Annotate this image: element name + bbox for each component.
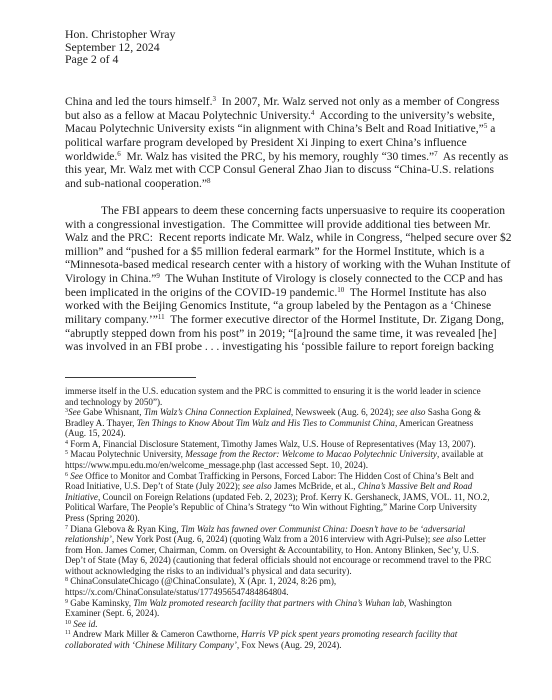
body-line: “abruptly stepped down from his post” in…	[65, 328, 489, 342]
text-run: Ten Things to Know About Tim Walz and Hi…	[137, 418, 395, 428]
text-run: The Wuhan Institute of Virology is close…	[160, 273, 503, 285]
text-run: Virology in China.”	[65, 273, 156, 285]
footnote-6: 6 See Office to Monitor and Combat Traff…	[65, 471, 485, 524]
footnote-3: 3See Gabe Whisnant, Tim Walz’s China Con…	[65, 407, 485, 439]
text-line: immerse itself in the U.S. education sys…	[65, 386, 485, 397]
text-run: was involved in an FBI probe . . . inves…	[65, 341, 494, 353]
text-run: worked with the Beijing Genomics Institu…	[65, 300, 491, 312]
text-run: million” and “pushed for a $5 million fe…	[65, 246, 484, 258]
body-line: China and led the tours himself.3 In 200…	[65, 96, 489, 110]
footnote-url: https://x.com/ChinaConsulate/status/1774…	[65, 587, 485, 598]
text-run: See	[68, 471, 83, 481]
page-number: Page 2 of 4	[65, 53, 175, 66]
text-run: According to the university’s website,	[314, 110, 495, 122]
text-line: 7 Diana Glebova & Ryan King, Tim Walz ha…	[65, 524, 485, 535]
footnote-ref: 11	[158, 313, 165, 321]
footnotes: immerse itself in the U.S. education sys…	[65, 386, 485, 650]
text-run: worldwide.	[65, 151, 117, 163]
text-run: “abruptly stepped down from his post” in…	[65, 328, 497, 340]
text-line: 5 Macau Polytechnic University, Message …	[65, 449, 485, 460]
text-run: see also	[433, 534, 462, 544]
footnote-ref: 8	[207, 177, 211, 185]
text-run: Macau Polytechnic University exists “in …	[65, 123, 484, 135]
body-line: political warfare program developed by P…	[65, 137, 489, 151]
text-line: Road Initiative, U.S. Dep’t of State (Ju…	[65, 481, 485, 492]
text-run: see also	[243, 481, 272, 491]
text-run: this year, Mr. Walz met with CCP Consul …	[65, 164, 494, 176]
text-run: Walz and the PRC: Recent reports indicat…	[65, 232, 512, 244]
text-run: Initiative	[65, 492, 98, 502]
text-run: China and led the tours himself.	[65, 96, 213, 108]
text-run: Macau Polytechnic University,	[68, 449, 185, 459]
text-line: (Aug. 15, 2024).	[65, 428, 485, 439]
text-line: Examiner (Sept. 6, 2024).	[65, 608, 485, 619]
text-line: 4 Form A, Financial Disclosure Statement…	[65, 439, 485, 450]
text-run: , New York Post (Aug. 6, 2024) (quoting …	[112, 534, 433, 544]
text-line: Political Warfare, The People’s Republic…	[65, 502, 485, 513]
text-line: 9 Gabe Kaminsky, Tim Walz promoted resea…	[65, 598, 485, 609]
text-line: relationship’, New York Post (Aug. 6, 20…	[65, 534, 485, 545]
text-run: China’s Massive Belt and Road	[358, 481, 472, 491]
text-run: As recently as	[438, 151, 509, 163]
text-run: Form A, Financial Disclosure Statement, …	[68, 439, 476, 449]
text-run: Gabe Whisnant,	[81, 407, 144, 417]
text-run: Letter	[462, 534, 486, 544]
text-run: The former executive director of the Hor…	[165, 314, 504, 326]
text-run: Gabe Kaminsky,	[68, 598, 133, 608]
footnote-11: 11 Andrew Mark Miller & Cameron Cawthorn…	[65, 629, 485, 650]
paragraph-2: The FBI appears to deem these concerning…	[65, 205, 489, 355]
text-run: , Fox News (Aug. 29, 2024).	[237, 640, 342, 650]
body-line: this year, Mr. Walz met with CCP Consul …	[65, 164, 489, 178]
text-run: James McBride, et al.,	[272, 481, 358, 491]
text-run: see also	[396, 407, 425, 417]
text-run: Office to Monitor and Combat Trafficking…	[83, 471, 474, 481]
body-line: military company.’”11 The former executi…	[65, 314, 489, 328]
letter-header: Hon. Christopher Wray September 12, 2024…	[65, 28, 175, 66]
paragraph-gap	[65, 191, 489, 205]
footnote-10: 10 See id.	[65, 619, 485, 630]
body-line: worked with the Beijing Genomics Institu…	[65, 300, 489, 314]
text-run: Bradley A. Thayer,	[65, 418, 137, 428]
text-run: In 2007, Mr. Walz served not only as a m…	[216, 96, 499, 108]
footnote-4: 4 Form A, Financial Disclosure Statement…	[65, 439, 485, 450]
body-line: The FBI appears to deem these concerning…	[65, 205, 489, 219]
text-line: 8 ChinaConsulateChicago (@ChinaConsulate…	[65, 576, 485, 587]
text-run: , American Greatness	[395, 418, 473, 428]
body-line: but also as a fellow at Macau Polytechni…	[65, 110, 489, 124]
text-run: been implicated in the origins of the CO…	[65, 287, 337, 299]
body-line: and sub-national cooperation.”8	[65, 178, 489, 192]
text-run: , Newsweek (Aug. 6, 2024);	[291, 407, 396, 417]
text-line: 3See Gabe Whisnant, Tim Walz’s China Con…	[65, 407, 485, 418]
text-run: military company.’”	[65, 314, 158, 326]
text-run: Tim Walz’s China Connection Explained	[144, 407, 291, 417]
text-run: The FBI appears to deem these concerning…	[101, 205, 505, 217]
text-line: and technology by 2050”).	[65, 397, 485, 408]
text-run: Mr. Walz has visited the PRC, by his mem…	[121, 151, 434, 163]
text-run: The Hormel Institute has also	[344, 287, 486, 299]
text-line: collaborated with ‘Chinese Military Comp…	[65, 640, 485, 651]
text-line: without acknowledging the risks to an in…	[65, 566, 485, 577]
letter-page: Hon. Christopher Wray September 12, 2024…	[0, 0, 552, 700]
footnote-url: https://www.mpu.edu.mo/en/welcome_messag…	[65, 460, 485, 471]
text-line: Bradley A. Thayer, Ten Things to Know Ab…	[65, 418, 485, 429]
footnote-continued: immerse itself in the U.S. education sys…	[65, 386, 485, 407]
body-line: been implicated in the origins of the CO…	[65, 287, 489, 301]
text-run: with a congressional investigation. The …	[65, 219, 491, 231]
text-run: See	[68, 407, 81, 417]
body-line: million” and “pushed for a $5 million fe…	[65, 246, 489, 260]
body-line: Walz and the PRC: Recent reports indicat…	[65, 232, 489, 246]
text-run: Sasha Gong &	[425, 407, 481, 417]
text-run: collaborated with ‘Chinese Military Comp…	[65, 640, 237, 650]
footnote-divider	[65, 377, 196, 378]
body-line: “Minnesota-based medical research center…	[65, 259, 489, 273]
text-run: relationship’	[65, 534, 112, 544]
body-line: worldwide.6 Mr. Walz has visited the PRC…	[65, 151, 489, 165]
footnote-8: 8 ChinaConsulateChicago (@ChinaConsulate…	[65, 576, 485, 597]
text-run: Andrew Mark Miller & Cameron Cawthorne,	[71, 629, 241, 639]
text-run: , Washington	[404, 598, 452, 608]
text-run: Diana Glebova & Ryan King,	[68, 524, 181, 534]
body-line: Virology in China.”9 The Wuhan Institute…	[65, 273, 489, 287]
text-run: Message from the Rector: Welcome to Maca…	[185, 449, 437, 459]
text-run: Tim Walz has fawned over Communist China…	[181, 524, 465, 534]
text-run: , available at	[437, 449, 483, 459]
footnote-5: 5 Macau Polytechnic University, Message …	[65, 449, 485, 470]
text-run: ChinaConsulateChicago (@ChinaConsulate),…	[68, 576, 336, 586]
footnote-7: 7 Diana Glebova & Ryan King, Tim Walz ha…	[65, 524, 485, 577]
body-line: Macau Polytechnic University exists “in …	[65, 123, 489, 137]
text-line: Press (Spring 2020).	[65, 513, 485, 524]
text-run: a	[487, 123, 495, 135]
text-run: political warfare program developed by P…	[65, 137, 467, 149]
text-run: “Minnesota-based medical research center…	[65, 259, 510, 271]
text-run: Road Initiative, U.S. Dep’t of State (Ju…	[65, 481, 243, 491]
body-line: with a congressional investigation. The …	[65, 219, 489, 233]
recipient-name: Hon. Christopher Wray	[65, 28, 175, 41]
letter-body: China and led the tours himself.3 In 200…	[65, 96, 489, 355]
text-run: Harris VP pick spent years promoting res…	[241, 629, 457, 639]
text-run: and sub-national cooperation.”	[65, 178, 207, 190]
text-line: 6 See Office to Monitor and Combat Traff…	[65, 471, 485, 482]
text-line: Dep’t of State (May 6, 2024) (cautioning…	[65, 555, 485, 566]
body-line: was involved in an FBI probe . . . inves…	[65, 341, 489, 355]
text-run: See id.	[71, 619, 98, 629]
text-line: Initiative, Council on Foreign Relations…	[65, 492, 485, 503]
paragraph-1: China and led the tours himself.3 In 200…	[65, 96, 489, 191]
text-line: from Hon. James Comer, Chairman, Comm. o…	[65, 545, 485, 556]
text-run: , Council on Foreign Relations (updated …	[98, 492, 490, 502]
text-run: but also as a fellow at Macau Polytechni…	[65, 110, 311, 122]
text-line: 10 See id.	[65, 619, 485, 630]
footnote-9: 9 Gabe Kaminsky, Tim Walz promoted resea…	[65, 598, 485, 619]
text-run: Tim Walz promoted research facility that…	[133, 598, 404, 608]
text-line: 11 Andrew Mark Miller & Cameron Cawthorn…	[65, 629, 485, 640]
